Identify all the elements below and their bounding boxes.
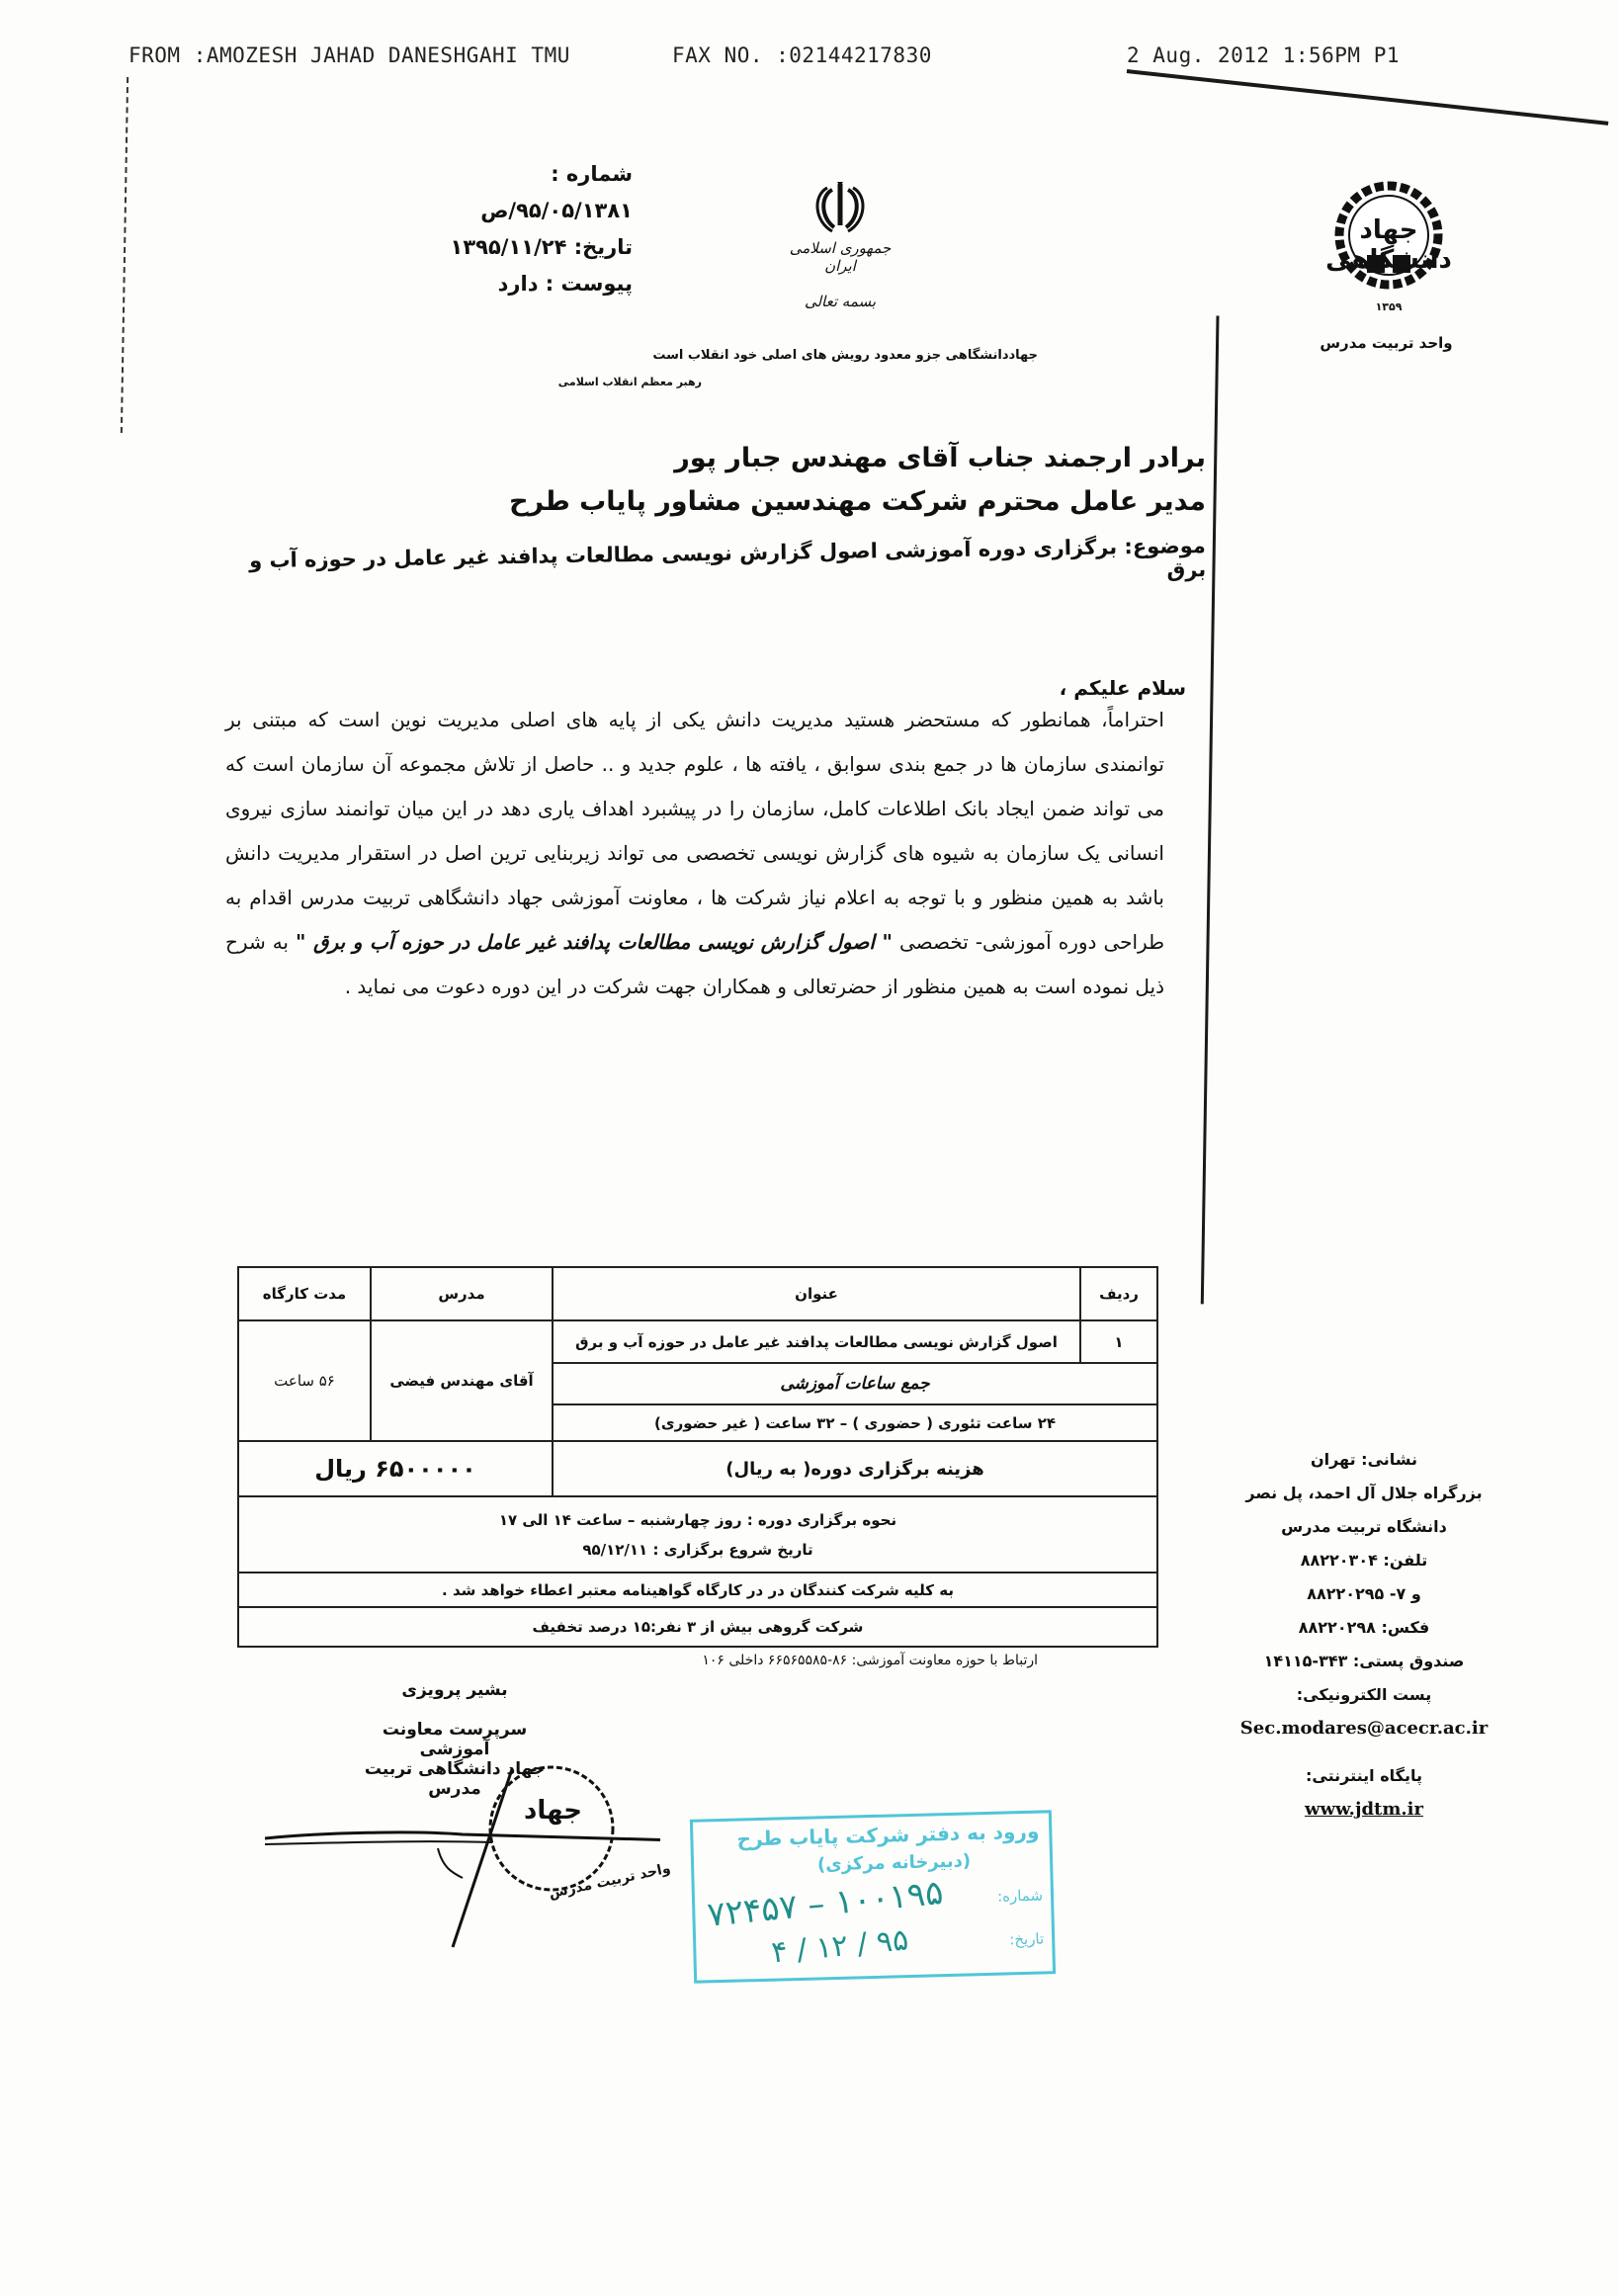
table-header-row: ردیف عنوان مدرس مدت کارگاه <box>238 1267 1157 1320</box>
org-unit-label: واحد تربیت مدرس <box>1305 334 1468 352</box>
address-po-box: صندوق پستی: ۳۴۳-۱۴۱۱۵ <box>1216 1645 1512 1678</box>
addressee-title: مدیر عامل محترم شرکت مهندسین مشاور پایاب… <box>247 486 1206 517</box>
table-row: به کلیه شرکت کنندگان در در کارگاه گواهین… <box>238 1573 1157 1607</box>
stamp-number-value: ۱۰۰۱۹۵ – ۷۲۴۵۷ <box>706 1873 945 1935</box>
motto-attribution: رهبر معظم انقلاب اسلامی <box>524 376 702 388</box>
svg-text:جهاد: جهاد <box>524 1796 582 1826</box>
cell-duration: ۵۶ ساعت <box>238 1320 371 1441</box>
signature-and-seal-icon: جهاد <box>265 1749 660 1967</box>
addressee-name: برادر ارجمند جناب آقای مهندس جبار پور <box>247 443 1206 473</box>
address-block: نشانی: تهران بزرگراه جلال آل احمد، پل نص… <box>1216 1443 1512 1827</box>
email-label: پست الکترونیکی: <box>1216 1678 1512 1712</box>
header-title: عنوان <box>553 1267 1080 1320</box>
fax-timestamp: 2 Aug. 2012 1:56PM P1 <box>1127 43 1400 67</box>
table-row: شرکت گروهی بیش از ۳ نفر:۱۵ درصد تخفیف <box>238 1607 1157 1647</box>
total-hours-label: جمع ساعات آموزشی <box>553 1363 1157 1404</box>
stamp-line2: (دبیرخانه مرکزی) <box>817 1850 972 1875</box>
cost-value: ۶۵۰۰۰۰۰ ریال <box>238 1441 553 1496</box>
email-address[interactable]: Sec.modares@acecr.ac.ir <box>1216 1712 1512 1745</box>
letter-number: شماره : ۹۵/۰۵/۱۳۸۱/ص <box>425 156 633 229</box>
start-date: تاریخ شروع برگزاری : ۹۵/۱۲/۱۱ <box>245 1535 1150 1565</box>
jahad-logo: جهاد دانشگاهی ۱۳۵۹ <box>1324 178 1453 313</box>
course-title-emphasis: " اصول گزارش نویسی مطالعات پدافند غیر عا… <box>296 930 893 954</box>
table-row: نحوه برگزاری دوره : روز چهارشنبه – ساعت … <box>238 1496 1157 1573</box>
address-phone2: و ۷- ۸۸۲۲۰۲۹۵ <box>1216 1577 1512 1611</box>
received-stamp: ورود به دفتر شرکت پایاب طرح (دبیرخانه مر… <box>690 1810 1056 1984</box>
header-row-no: ردیف <box>1080 1267 1157 1320</box>
cost-label: هزینه برگزاری دوره( به ریال) <box>553 1441 1157 1496</box>
address-fax: فکس: ۸۸۲۲۰۲۹۸ <box>1216 1611 1512 1645</box>
jahad-logo-text: جهاد دانشگاهی <box>1324 215 1453 275</box>
address-phone: تلفن: ۸۸۲۲۰۳۰۴ <box>1216 1544 1512 1577</box>
emblem-caption: جمهوری اسلامی ایران <box>781 239 899 275</box>
scan-artifact-dashed-line <box>121 77 128 433</box>
body-text-part1: احتراماً، همانطور که مستحضر هستید مدیریت… <box>225 708 1164 954</box>
scan-artifact-line <box>1127 69 1609 126</box>
cell-row-no: ۱ <box>1080 1320 1157 1363</box>
table-row: ۱ اصول گزارش نویسی مطالعات پدافند غیر عا… <box>238 1320 1157 1363</box>
basmala: بسمه تعالی <box>781 293 899 310</box>
certificate-note: به کلیه شرکت کنندگان در در کارگاه گواهین… <box>238 1573 1157 1607</box>
address-street: بزرگراه جلال آل احمد، پل نصر <box>1216 1477 1512 1510</box>
letter-date: تاریخ: ۱۳۹۵/۱۱/۲۴ <box>425 229 633 266</box>
letter-attachment: پیوست : دارد <box>425 266 633 302</box>
letter-subject: موضوع: برگزاری دوره آموزشی اصول گزارش نو… <box>222 534 1207 597</box>
website-link[interactable]: www.jdtm.ir <box>1216 1793 1512 1827</box>
discount-note: شرکت گروهی بیش از ۳ نفر:۱۵ درصد تخفیف <box>238 1607 1157 1647</box>
motto: جهاددانشگاهی جزو معدود رویش های اصلی خود… <box>524 348 1038 363</box>
fax-sender: FROM :AMOZESH JAHAD DANESHGAHI TMU <box>128 43 570 67</box>
letter-body: احتراماً، همانطور که مستحضر هستید مدیریت… <box>225 698 1164 1009</box>
fax-number: FAX NO. :02144217830 <box>672 43 932 67</box>
iran-emblem-icon <box>810 178 870 237</box>
address-institution: دانشگاه تربیت مدرس <box>1216 1510 1512 1544</box>
greeting: سلام علیکم ، <box>247 676 1186 700</box>
schedule: نحوه برگزاری دوره : روز چهارشنبه – ساعت … <box>245 1505 1150 1535</box>
schedule-cell: نحوه برگزاری دوره : روز چهارشنبه – ساعت … <box>238 1496 1157 1573</box>
stamp-date-label: تاریخ: <box>1009 1929 1044 1948</box>
website-label: پایگاه اینترنتی: <box>1216 1759 1512 1793</box>
table-row: هزینه برگزاری دوره( به ریال) ۶۵۰۰۰۰۰ ریا… <box>238 1441 1157 1496</box>
stamp-number-label: شماره: <box>997 1886 1043 1905</box>
contact-line: ارتباط با حوزه معاونت آموزشی: ۸۶-۶۶۵۶۵۵۸… <box>603 1653 1038 1668</box>
header-duration: مدت کارگاه <box>238 1267 371 1320</box>
address-label: نشانی: تهران <box>1216 1443 1512 1477</box>
signer-name: بشیر پرویزی <box>346 1680 563 1700</box>
jahad-logo-year: ۱۳۵۹ <box>1324 300 1453 313</box>
stamp-line1: ورود به دفتر شرکت پایاب طرح <box>736 1820 1039 1851</box>
course-table: ردیف عنوان مدرس مدت کارگاه ۱ اصول گزارش … <box>237 1266 1158 1648</box>
iran-emblem: جمهوری اسلامی ایران بسمه تعالی <box>781 178 899 310</box>
total-hours-value: ۲۴ ساعت تئوری ( حضوری ) – ۳۲ ساعت ( غیر … <box>553 1404 1157 1441</box>
cell-instructor: آقای مهندس فیضی <box>371 1320 553 1441</box>
reference-block: شماره : ۹۵/۰۵/۱۳۸۱/ص تاریخ: ۱۳۹۵/۱۱/۲۴ پ… <box>425 156 633 302</box>
stamp-date-value: ۹۵ / ۱۲ / ۴ <box>770 1922 910 1970</box>
header-instructor: مدرس <box>371 1267 553 1320</box>
cell-title: اصول گزارش نویسی مطالعات پدافند غیر عامل… <box>553 1320 1080 1363</box>
